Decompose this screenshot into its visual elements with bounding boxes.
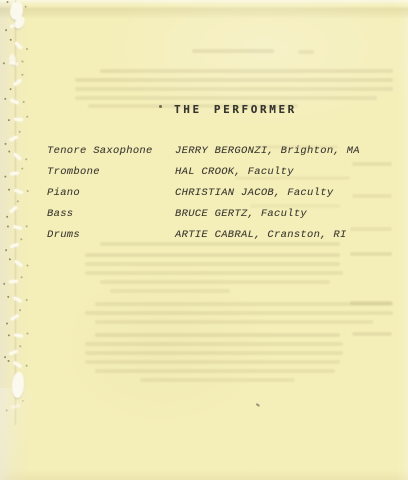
instrument-label: Piano [47, 187, 175, 199]
instrument-label: Trombone [47, 166, 175, 178]
performer-name: CHRISTIAN JACOB, Faculty [175, 187, 392, 199]
performer-row: Drums ARTIE CABRAL, Cranston, RI [47, 224, 392, 245]
stitch-mark [9, 135, 18, 142]
stitch-mark [9, 350, 18, 356]
performer-row: Tenore Saxophone JERRY BERGONZI, Brighto… [47, 140, 392, 161]
performer-row: Trombone HAL CROOK, Faculty [47, 161, 392, 182]
performer-name: JERRY BERGONZI, Brighton, MA [175, 145, 392, 157]
performer-row: Bass BRUCE GERTZ, Faculty [47, 203, 392, 224]
ink-speck [159, 105, 162, 108]
performer-name: HAL CROOK, Faculty [175, 166, 392, 178]
performer-row: Piano CHRISTIAN JACOB, Faculty [47, 182, 392, 203]
ink-speck [256, 403, 260, 407]
paper-crease [0, 388, 42, 480]
instrument-label: Drums [47, 229, 175, 241]
instrument-label: Bass [47, 208, 175, 220]
stitch-mark [9, 205, 18, 213]
stitch-mark [9, 280, 18, 284]
performer-name: ARTIE CABRAL, Cranston, RI [175, 229, 392, 241]
page-title: THE PERFORMER [174, 103, 297, 116]
scanned-page: THE PERFORMER Tenore Saxophone JERRY BER… [0, 0, 408, 480]
performer-list: Tenore Saxophone JERRY BERGONZI, Brighto… [47, 140, 392, 245]
performer-name: BRUCE GERTZ, Faculty [175, 208, 392, 220]
instrument-label: Tenore Saxophone [47, 145, 175, 157]
